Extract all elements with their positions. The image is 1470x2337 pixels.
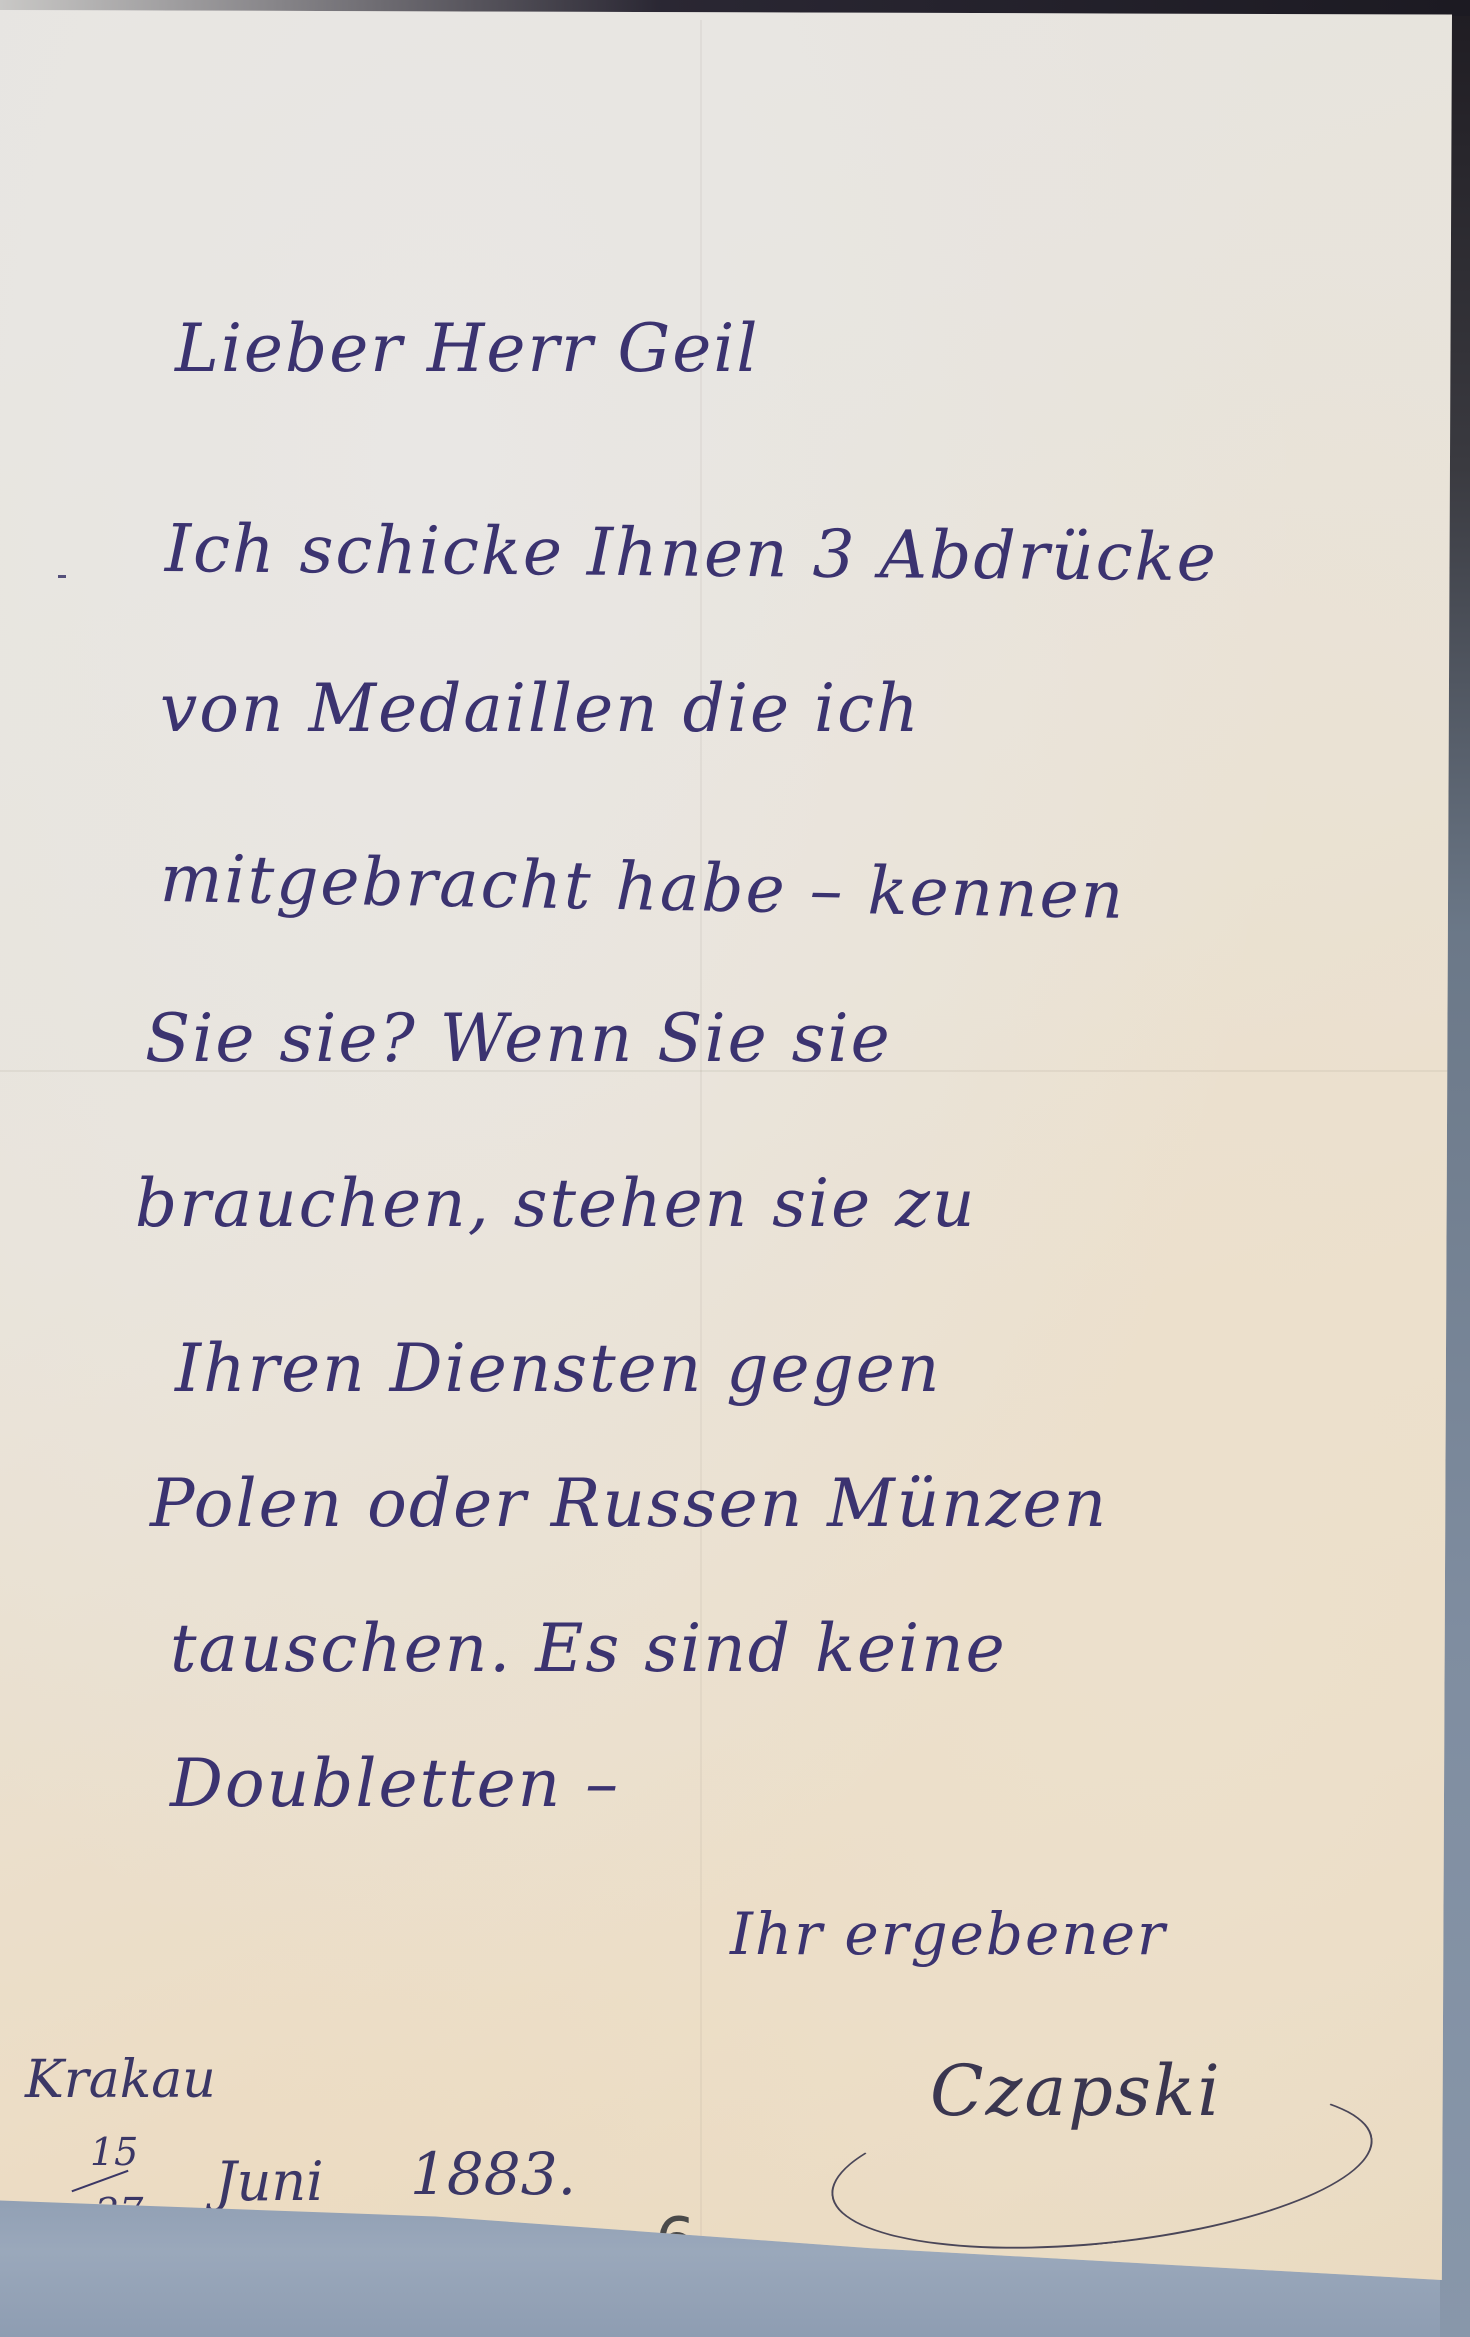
date-year: 1883. [410,2140,576,2208]
date-day-old-style: 15 [90,2130,138,2174]
body-line-8: tauschen. Es sind keine [170,1610,1007,1687]
letter-sheet: Lieber Herr Geil Ich schicke Ihnen 3 Abd… [0,10,1452,2280]
body-line-3: mitgebracht habe – kennen [159,840,1126,934]
body-line-2: von Medaillen die ich [160,670,921,747]
body-line-4: Sie sie? Wenn Sie sie [145,1000,892,1077]
date-month: Juni [215,2150,323,2213]
salutation: Lieber Herr Geil [175,310,760,387]
margin-dot [58,575,66,578]
signature-flourish [823,2062,1380,2272]
body-line-1: Ich schicke Ihnen 3 Abdrücke [165,510,1218,596]
body-line-9: Doubletten – [170,1745,620,1822]
body-line-7: Polen oder Russen Münzen [150,1465,1108,1542]
body-line-6: Ihren Diensten gegen [175,1330,941,1407]
place: Krakau [25,2050,216,2110]
closing: Ihr ergebener [730,1900,1167,1968]
body-line-5: brauchen, stehen sie zu [135,1165,976,1242]
photo-scene: Lieber Herr Geil Ich schicke Ihnen 3 Abd… [0,0,1470,2337]
